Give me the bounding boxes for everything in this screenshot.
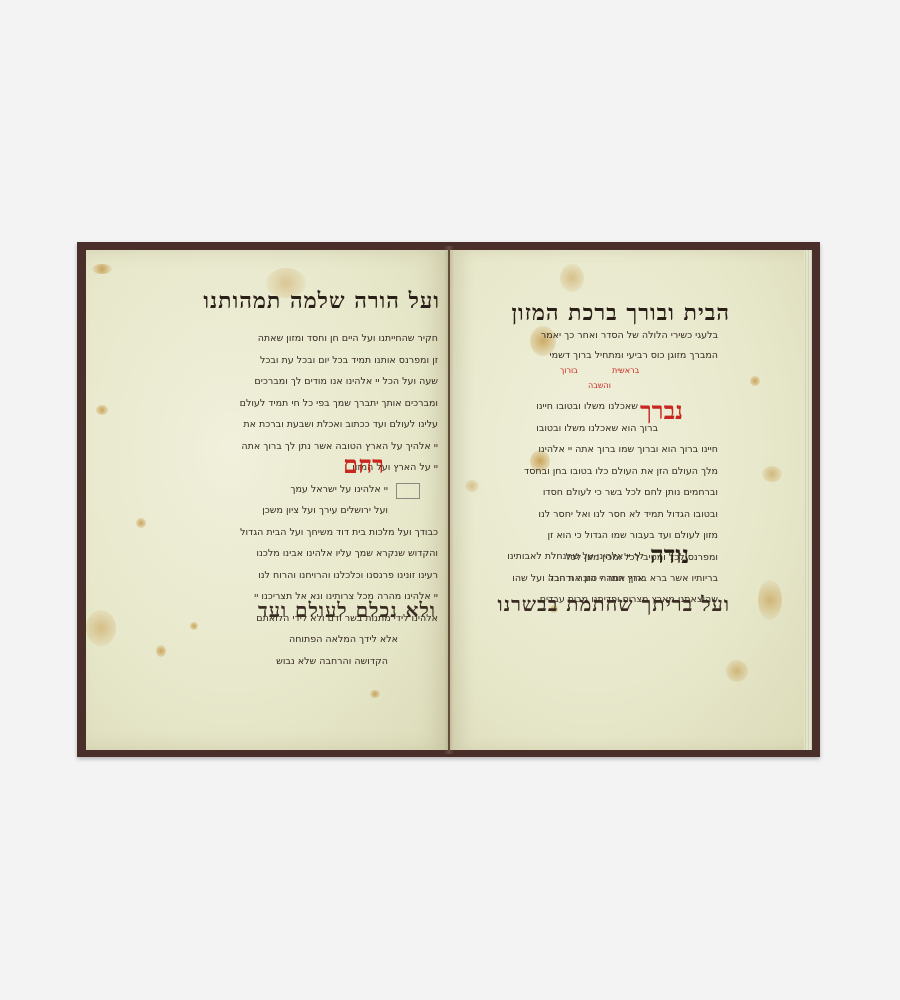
left-page-initial-word: רחם [343,450,384,480]
stain [750,376,760,386]
text-line: יי אלהינו על ישראל עמך [198,479,388,501]
stain [190,622,198,630]
stain [758,580,782,620]
text-line: ומברכים אותך יתברך שמך בפי כל חי תמיד לע… [198,393,438,415]
rubric-label: בראשית [612,366,639,375]
rubric-label: והשבה [588,381,611,390]
text-line: ועל ירושלים עירך ועל ציון משכן [198,500,388,522]
text-line: שאכלנו משלו ובטובו חיינו [500,396,638,418]
text-line: חיינו ברוך הוא וברוך שמו ברוך אתה יי אלה… [500,439,718,461]
stain [86,610,116,646]
text-line: רעינו זונינו פרנסנו וכלכלנו והרויחנו והר… [198,565,438,587]
text-line: והקדוש שנקרא שמך עליו אלהינו אבינו מלכנו [198,543,438,565]
text-line: וברחמים נותן לחם לכל בשר כי לעולם חסדו [500,482,718,504]
stain [136,518,146,528]
text-line: יי אלהיך על הארץ הטובה אשר נתן לך ברוך א… [198,436,438,458]
right-page-footer-heading: ועל בריתך שחתמת בבשרנו [484,592,730,617]
right-page-heading: הבית ובורך ברכת המזון [486,300,730,326]
left-page-footer-heading: ולא נכלם לעולם ועד [198,598,436,623]
stain [726,660,748,682]
text-line: בלעגי כשירי הלולה של הסדר ואחר כך יאמר [500,326,718,346]
stain [156,645,166,657]
text-line: ארץ חמדה טובה ורחבה ועל שהו [500,568,644,590]
text-line: כבודך ועל מלכות בית דוד משיחך ועל הבית ה… [198,522,438,544]
text-line: מלך העולם הזן את העולם כלו בטובו בחן ובח… [500,461,718,483]
text-line: הקדושה והרחבה שלא נבוש [198,651,388,673]
right-page-intro-block: בלעגי כשירי הלולה של הסדר ואחר כך יאמר ה… [500,326,718,366]
text-line: לך יי אלהינו על שהנחלת לאבותינו [500,546,644,568]
rubric-label: בורוך [560,366,578,375]
text-line: המברך מזוגן כוס רביעי ומתחיל ברוך דשמי [500,346,718,366]
stain [370,690,380,698]
stain [92,264,112,274]
book-gutter [444,246,454,754]
text-line: חקיר שהחייתנו ועל היים חן וחסד ומזון שאת… [198,328,438,350]
text-line: ברוך הוא שאכלנו משלו ובטובו [500,418,658,440]
text-line: עלינו לעולם ועד ככתוב ואכלת ושבעת וברכת … [198,414,438,436]
stain [560,264,584,292]
text-line: זן ומפרנס אותנו תמיד בכל יום ובכל עת ובכ… [198,350,438,372]
stain [465,480,479,492]
text-line: שעה ועל הכל יי אלהינו אנו מודים לך ומברכ… [198,371,438,393]
left-page-heading: ועל הורה שלמה תמהותנו [190,288,440,314]
stain [96,405,108,415]
stain [762,466,782,482]
text-line: אלא לידך המלאה הפתוחה [198,629,398,651]
margin-sketch [396,483,420,499]
text-line: יי על הארץ ועל המזון [198,457,438,479]
text-line: ובטובו הגדול תמיד לא חסר לנו ואל יחסר לנ… [500,504,718,526]
